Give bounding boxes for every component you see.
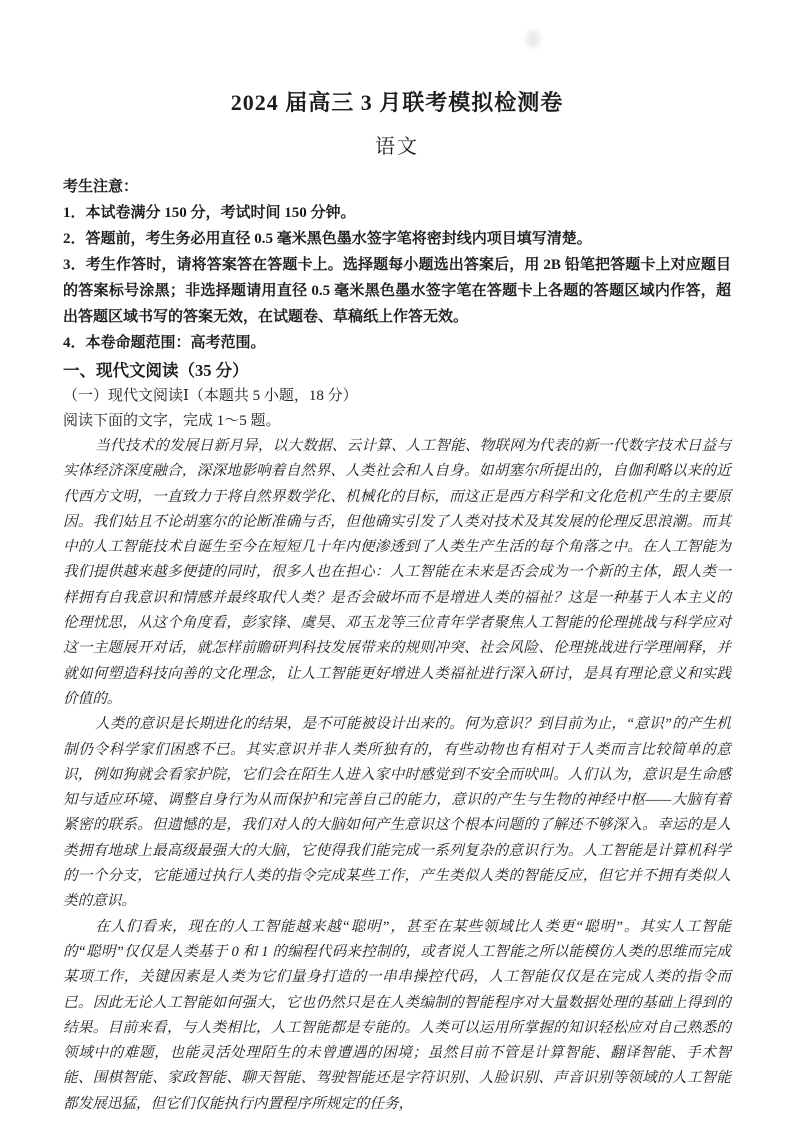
subsection-heading-reading-1: （一）现代文阅读Ⅰ（本题共 5 小题，18 分） [63,384,731,409]
passage-paragraph-1: 当代技术的发展日新月异，以大数据、云计算、人工智能、物联网为代表的新一代数字技术… [63,434,731,712]
notice-item-2: 2．答题前，考生务必用直径 0.5 毫米黑色墨水签字笔将密封线内项目填写清楚。 [63,226,731,252]
reading-passage: 当代技术的发展日新月异，以大数据、云计算、人工智能、物联网为代表的新一代数字技术… [63,434,731,1117]
section-heading-modern-reading: 一、现代文阅读（35 分） [63,358,731,384]
passage-paragraph-3: 在人们看来，现在的人工智能越来越“聪明”，甚至在某些领域比人类更“聪明”。其实人… [63,915,731,1117]
notice-heading: 考生注意： [63,174,731,200]
scan-artifact [526,30,540,48]
reading-instruction: 阅读下面的文字，完成 1～5 题。 [63,409,731,434]
exam-paper-page: 2024 届高三 3 月联考模拟检测卷 语文 考生注意： 1．本试卷满分 150… [0,0,794,1122]
subject-title: 语文 [63,134,731,160]
notice-item-1: 1．本试卷满分 150 分，考试时间 150 分钟。 [63,200,731,226]
passage-paragraph-2: 人类的意识是长期进化的结果，是不可能被设计出来的。何为意识？到目前为止，“意识”… [63,712,731,914]
notice-item-4: 4．本卷命题范围：高考范围。 [63,330,731,356]
notice-item-3: 3．考生作答时，请将答案答在答题卡上。选择题每小题选出答案后，用 2B 铅笔把答… [63,252,731,330]
candidate-notice: 考生注意： 1．本试卷满分 150 分，考试时间 150 分钟。 2．答题前，考… [63,174,731,356]
exam-title: 2024 届高三 3 月联考模拟检测卷 [63,88,731,118]
